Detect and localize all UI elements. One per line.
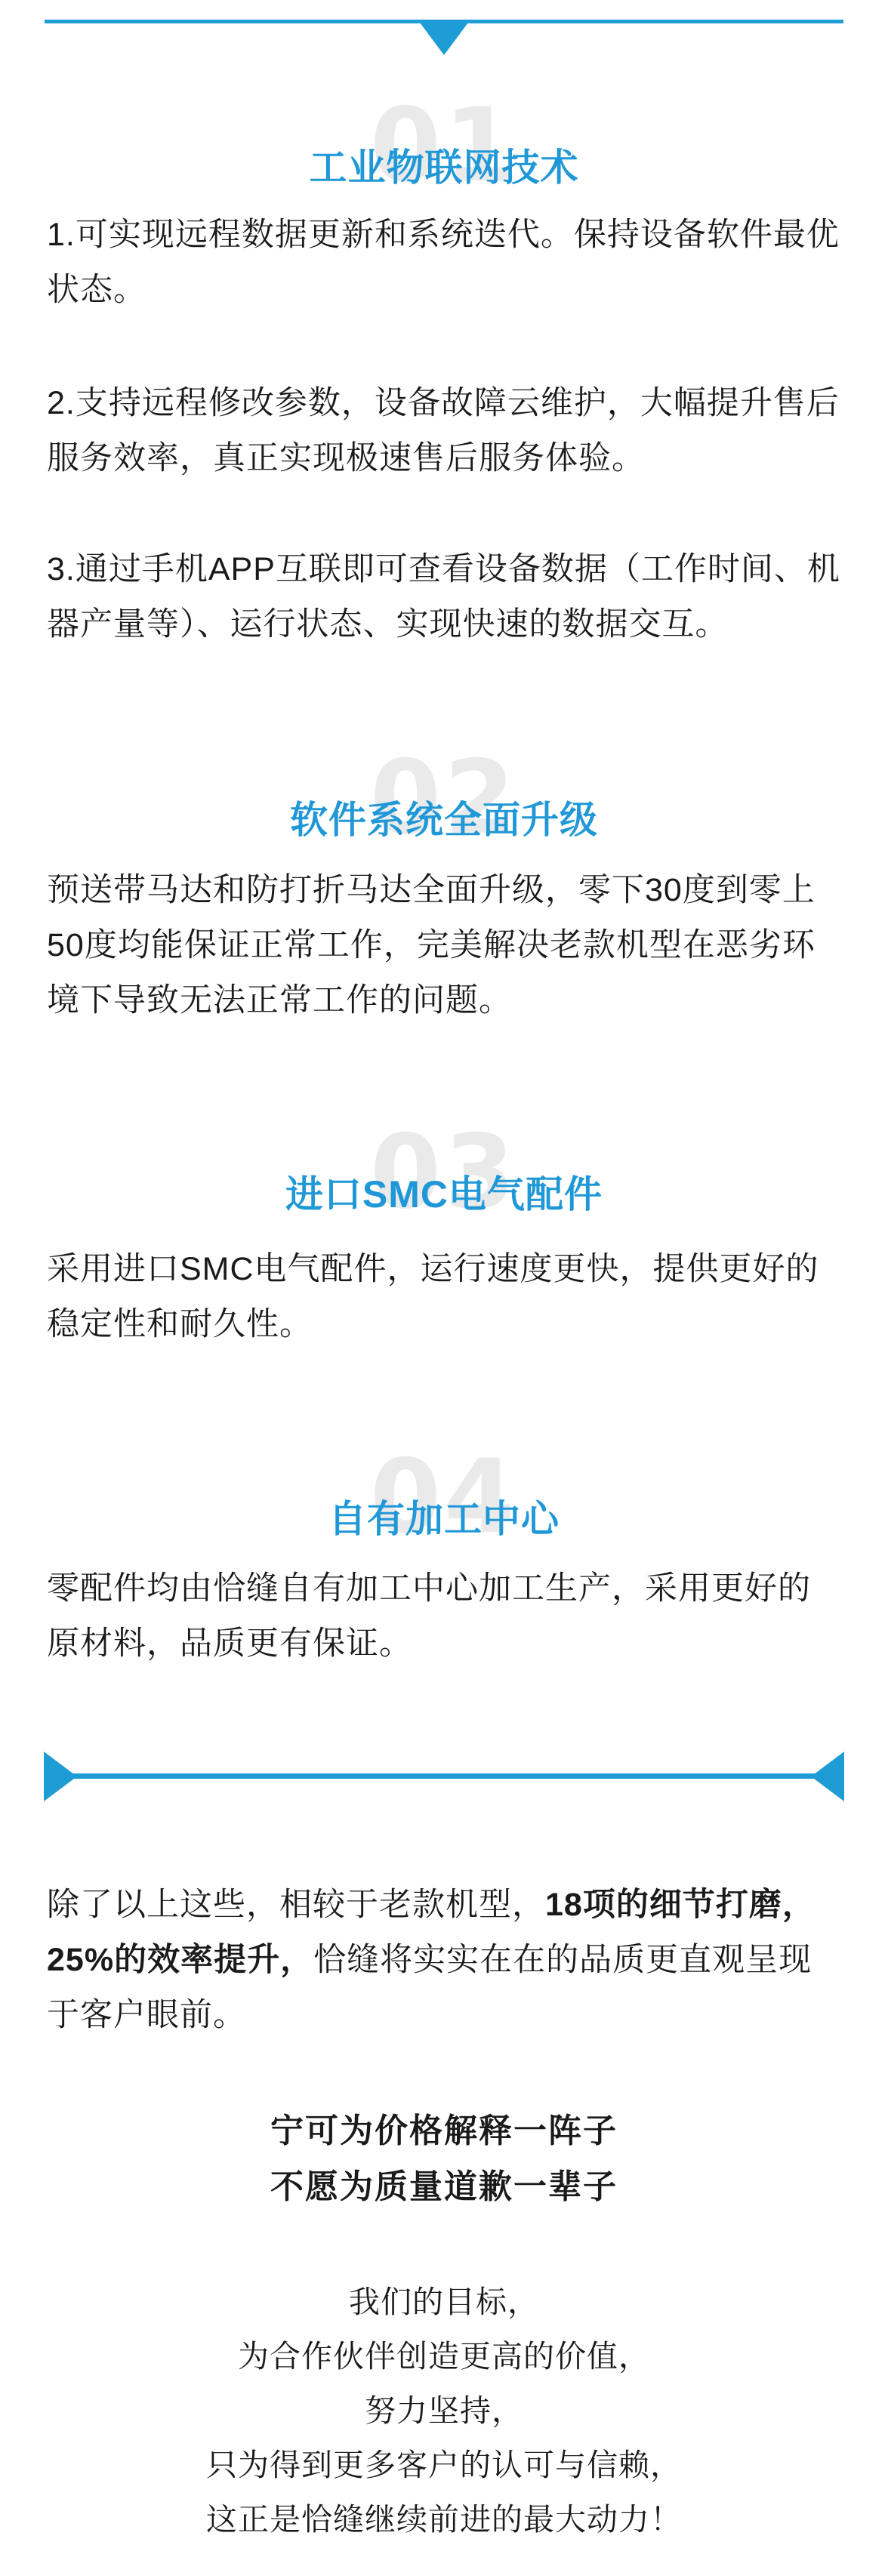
section-2-paragraph-1: 预送带马达和防打折马达全面升级，零下30度到零上50度均能保证正常工作，完美解决… [47,863,843,1028]
section-3-paragraph-1: 采用进口SMC电气配件，运行速度更快，提供更好的稳定性和耐久性。 [47,1242,843,1352]
section-1-header: 01 工业物联网技术 [0,104,888,190]
section-1-title: 工业物联网技术 [0,145,888,190]
section-4-header: 04 自有加工中心 [0,1456,888,1542]
slogan-line: 宁可为价格解释一阵子 [0,2103,888,2159]
divider-line [60,1773,828,1779]
goal-line: 为合作伙伴创造更高的价值， [0,2329,888,2383]
section-1-paragraph-3: 3.通过手机APP互联即可查看设备数据（工作时间、机器产量等）、运行状态、实现快… [47,542,843,652]
goal-line: 只为得到更多客户的认可与信赖， [0,2438,888,2492]
goal-line: 我们的目标， [0,2275,888,2329]
slogan-line: 不愿为质量道歉一辈子 [0,2159,888,2215]
section-3-header: 03 进口SMC电气配件 [0,1131,888,1217]
section-3-title: 进口SMC电气配件 [0,1172,888,1217]
section-1-paragraph-1: 1.可实现远程数据更新和系统迭代。保持设备软件最优状态。 [47,208,843,318]
goal-line: 这正是恰缝继续前进的最大动力！ [0,2492,888,2547]
section-2-header: 02 软件系统全面升级 [0,756,888,843]
goal-block: 我们的目标， 为合作伙伴创造更高的价值， 努力坚持， 只为得到更多客户的认可与信… [0,2275,888,2547]
section-1-paragraph-2: 2.支持远程修改参数，设备故障云维护，大幅提升售后服务效率，真正实现极速售后服务… [47,376,843,486]
section-4-paragraph-1: 零配件均由恰缝自有加工中心加工生产，采用更好的原材料，品质更有保证。 [47,1561,843,1672]
goal-line: 努力坚持， [0,2383,888,2438]
divider-left-pointing-triangle-icon [811,1752,844,1801]
section-2-title: 软件系统全面升级 [0,797,888,843]
section-4-title: 自有加工中心 [0,1496,888,1542]
closing-paragraph: 除了以上这些，相较于老款机型，18项的细节打磨，25%的效率提升，恰缝将实实在在… [47,1878,843,2043]
slogan-block: 宁可为价格解释一阵子 不愿为质量道歉一辈子 [0,2103,888,2215]
promo-page: 01 工业物联网技术 1.可实现远程数据更新和系统迭代。保持设备软件最优状态。 … [0,0,888,2576]
down-triangle-icon [420,23,468,55]
